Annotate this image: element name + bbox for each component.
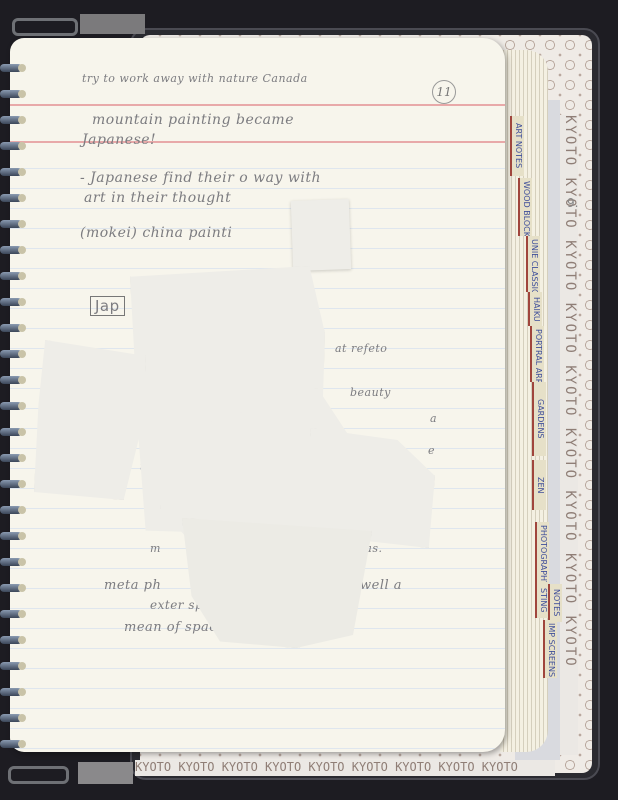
tissue-paper-strip-top	[291, 199, 351, 271]
ruled-line	[10, 248, 505, 249]
punch-hole	[18, 220, 26, 228]
ruled-line	[10, 748, 505, 749]
punch-hole	[18, 480, 26, 488]
handwritten-line: try to work away with nature Canada	[82, 72, 308, 85]
handwritten-line: e	[428, 444, 435, 457]
handwritten-line: at refeto	[335, 342, 387, 355]
ruled-line	[10, 708, 505, 709]
index-tab[interactable]: WOOD BLOCK PRINTS	[518, 178, 532, 236]
index-tab[interactable]: HAIKU	[528, 292, 542, 326]
punch-hole	[18, 168, 26, 176]
index-tab[interactable]: GARDENS	[532, 382, 546, 456]
handwritten-line: art in their thought	[84, 190, 231, 206]
handwritten-line: Japanese!	[82, 132, 156, 148]
index-tab[interactable]: ART NOTES	[510, 116, 524, 176]
punch-hole	[18, 454, 26, 462]
punch-hole	[18, 740, 26, 748]
ruled-line	[10, 728, 505, 729]
punch-hole	[18, 142, 26, 150]
ruled-line	[10, 688, 505, 689]
ruled-line	[10, 208, 505, 209]
ruled-line	[10, 668, 505, 669]
cover-pattern-bottom-text: KYOTO KYOTO KYOTO KYOTO KYOTO KYOTO KYOT…	[135, 760, 555, 776]
punch-hole	[18, 194, 26, 202]
binder-clip-bottom	[8, 766, 69, 784]
punch-hole	[18, 298, 26, 306]
index-tab[interactable]: PHOTOGRAPHY	[535, 522, 549, 582]
ruled-line	[10, 268, 505, 269]
punch-hole	[18, 402, 26, 410]
handwritten-line: m	[150, 542, 161, 555]
handwritten-line: meta ph	[104, 578, 161, 593]
index-tab[interactable]: NOTES	[548, 584, 562, 622]
binder-clamp-bottom	[78, 762, 133, 784]
index-tab[interactable]: ZEN	[532, 460, 546, 510]
handwritten-line: beauty	[350, 386, 391, 399]
red-margin-line-top	[10, 104, 505, 106]
ruled-line	[10, 168, 505, 169]
binder-clamp-top	[80, 14, 145, 34]
punch-hole	[18, 64, 26, 72]
punch-hole	[18, 116, 26, 124]
boxed-word: Jap	[90, 296, 125, 316]
punch-hole	[18, 350, 26, 358]
punch-hole	[18, 610, 26, 618]
cover-pattern-side-text: KYOTO KYOTO KYOTO KYOTO KYOTO KYOTO KYOT…	[560, 115, 578, 755]
tissue-paper-left	[34, 340, 146, 500]
punch-hole	[18, 532, 26, 540]
index-tab[interactable]: PORTRAL ARRANGE	[530, 326, 544, 382]
punch-hole	[18, 688, 26, 696]
ruled-line	[10, 188, 505, 189]
punch-hole	[18, 506, 26, 514]
ruled-line	[10, 648, 505, 649]
handwritten-line: a	[430, 412, 437, 425]
page-number: 11	[432, 80, 456, 104]
punch-hole	[18, 584, 26, 592]
index-tab[interactable]: STING	[535, 582, 549, 618]
index-tab[interactable]: IMP SCREENS	[543, 620, 557, 678]
punch-hole	[18, 376, 26, 384]
punch-hole	[18, 272, 26, 280]
punch-hole	[18, 428, 26, 436]
punch-hole	[18, 324, 26, 332]
punch-hole	[18, 246, 26, 254]
handwritten-line: - Japanese find their o way with	[80, 170, 321, 186]
index-tab[interactable]: UNIE CLASSIC	[526, 236, 540, 292]
handwritten-line: mountain painting became	[92, 112, 294, 128]
handwritten-line: (mokei) china painti	[80, 225, 232, 241]
binder-clip-top	[12, 18, 78, 36]
punch-hole	[18, 558, 26, 566]
punch-hole	[18, 662, 26, 670]
punch-hole	[18, 90, 26, 98]
punch-hole	[18, 636, 26, 644]
handwritten-line: well a	[360, 578, 402, 593]
notebook-page: 11 try to work away with nature Canadamo…	[10, 38, 505, 752]
punch-hole	[18, 714, 26, 722]
inner-cover-note: 9.	[567, 196, 578, 210]
